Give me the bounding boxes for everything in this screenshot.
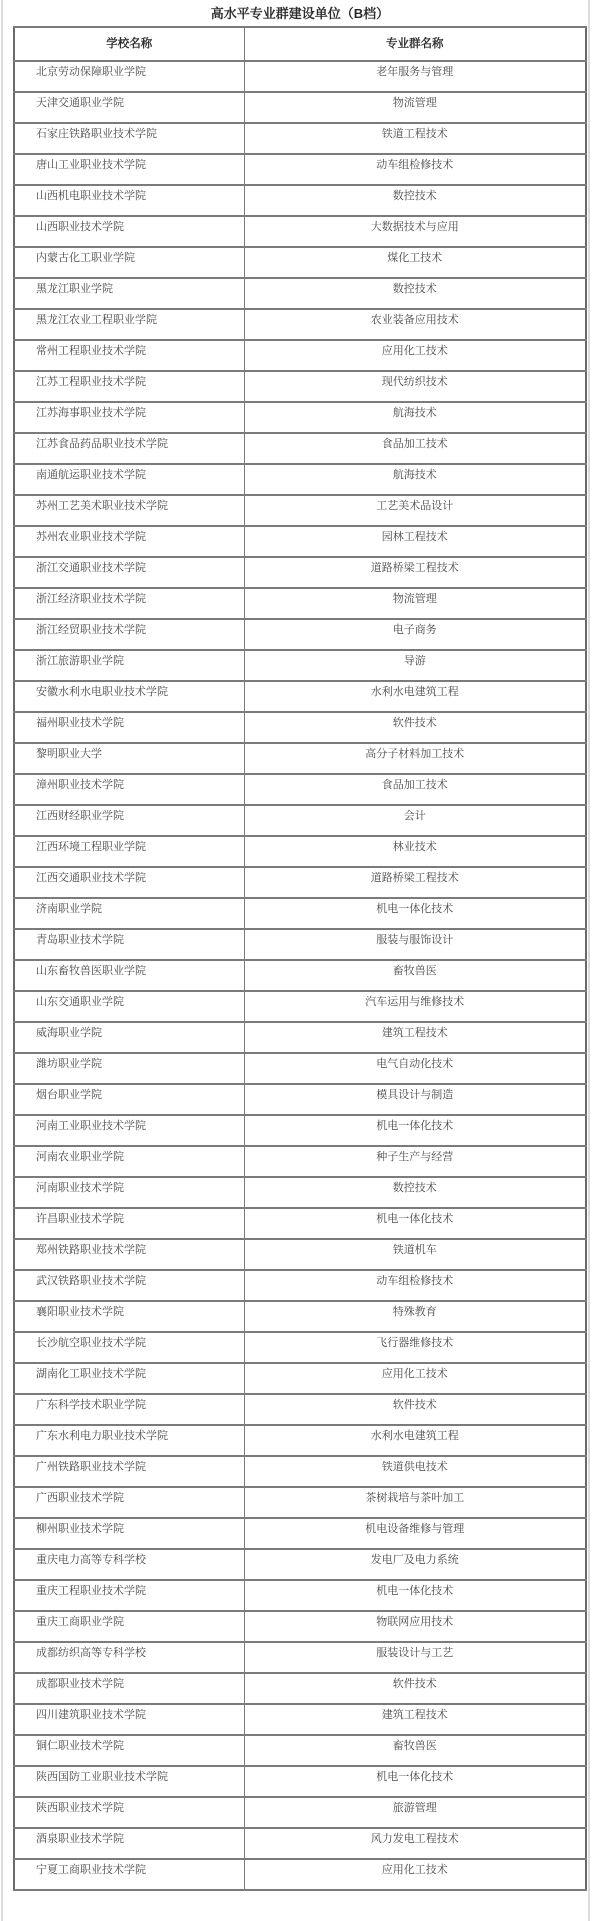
school-cell: 陕西职业技术学院	[14, 1797, 244, 1828]
group-cell: 数控技术	[244, 185, 586, 216]
table-row: 四川建筑职业技术学院 建筑工程技术	[14, 1704, 586, 1735]
group-cell: 物流管理	[244, 588, 586, 619]
table-row: 浙江旅游职业学院 导游	[14, 650, 586, 681]
group-cell: 会计	[244, 805, 586, 836]
school-cell: 重庆电力高等专科学校	[14, 1549, 244, 1580]
school-cell: 江苏食品药品职业技术学院	[14, 433, 244, 464]
group-cell: 软件技术	[244, 1673, 586, 1704]
school-cell: 浙江经济职业技术学院	[14, 588, 244, 619]
table-row: 广东水利电力职业技术学院 水利水电建筑工程	[14, 1425, 586, 1456]
group-cell: 服装与服饰设计	[244, 929, 586, 960]
school-cell: 常州工程职业技术学院	[14, 340, 244, 371]
group-cell: 水利水电建筑工程	[244, 1425, 586, 1456]
table-row: 成都纺织高等专科学校 服装设计与工艺	[14, 1642, 586, 1673]
group-cell: 电气自动化技术	[244, 1053, 586, 1084]
table-row: 江西财经职业学院 会计	[14, 805, 586, 836]
table-row: 重庆工程职业技术学院 机电一体化技术	[14, 1580, 586, 1611]
group-cell: 铁道工程技术	[244, 123, 586, 154]
table-row: 江苏海事职业技术学院 航海技术	[14, 402, 586, 433]
group-cell: 数控技术	[244, 1177, 586, 1208]
table-row: 成都职业技术学院 软件技术	[14, 1673, 586, 1704]
school-cell: 江苏工程职业技术学院	[14, 371, 244, 402]
table-row: 青岛职业技术学院 服装与服饰设计	[14, 929, 586, 960]
school-cell: 柳州职业技术学院	[14, 1518, 244, 1549]
table-row: 河南工业职业技术学院 机电一体化技术	[14, 1115, 586, 1146]
table-row: 浙江经济职业技术学院 物流管理	[14, 588, 586, 619]
school-cell: 浙江交通职业技术学院	[14, 557, 244, 588]
table-row: 广东科学技术职业学院 软件技术	[14, 1394, 586, 1425]
school-cell: 陕西国防工业职业技术学院	[14, 1766, 244, 1797]
page-title: 高水平专业群建设单位（B档）	[0, 0, 600, 23]
school-cell: 江西环境工程职业学院	[14, 836, 244, 867]
table-row: 陕西国防工业职业技术学院 机电一体化技术	[14, 1766, 586, 1797]
table-row: 江苏食品药品职业技术学院 食品加工技术	[14, 433, 586, 464]
table-row: 柳州职业技术学院 机电设备维修与管理	[14, 1518, 586, 1549]
table-row: 许昌职业技术学院 机电一体化技术	[14, 1208, 586, 1239]
group-cell: 老年服务与管理	[244, 61, 586, 92]
table-row: 威海职业学院 建筑工程技术	[14, 1022, 586, 1053]
table-row: 河南职业技术学院 数控技术	[14, 1177, 586, 1208]
group-cell: 物联网应用技术	[244, 1611, 586, 1642]
group-cell: 机电一体化技术	[244, 1208, 586, 1239]
table-row: 山东交通职业学院 汽车运用与维修技术	[14, 991, 586, 1022]
group-cell: 食品加工技术	[244, 774, 586, 805]
table-row: 唐山工业职业技术学院 动车组检修技术	[14, 154, 586, 185]
column-header-group: 专业群名称	[244, 27, 586, 61]
group-cell: 服装设计与工艺	[244, 1642, 586, 1673]
school-cell: 潍坊职业学院	[14, 1053, 244, 1084]
page-right-edge-line	[588, 0, 590, 1921]
school-cell: 山西职业技术学院	[14, 216, 244, 247]
table-row: 潍坊职业学院 电气自动化技术	[14, 1053, 586, 1084]
table-row: 北京劳动保障职业学院 老年服务与管理	[14, 61, 586, 92]
school-cell: 福州职业技术学院	[14, 712, 244, 743]
group-cell: 风力发电工程技术	[244, 1828, 586, 1859]
table-row: 黑龙江职业学院 数控技术	[14, 278, 586, 309]
table-row: 襄阳职业技术学院 特殊教育	[14, 1301, 586, 1332]
group-cell: 畜牧兽医	[244, 960, 586, 991]
school-cell: 广西职业技术学院	[14, 1487, 244, 1518]
group-cell: 水利水电建筑工程	[244, 681, 586, 712]
group-cell: 物流管理	[244, 92, 586, 123]
table-row: 苏州工艺美术职业技术学院 工艺美术品设计	[14, 495, 586, 526]
table-row: 宁夏工商职业技术学院 应用化工技术	[14, 1859, 586, 1890]
table-row: 河南农业职业学院 种子生产与经营	[14, 1146, 586, 1177]
school-cell: 石家庄铁路职业技术学院	[14, 123, 244, 154]
group-cell: 应用化工技术	[244, 1859, 586, 1890]
school-cell: 唐山工业职业技术学院	[14, 154, 244, 185]
table-row: 黑龙江农业工程职业学院 农业装备应用技术	[14, 309, 586, 340]
table-row: 江西交通职业技术学院 道路桥梁工程技术	[14, 867, 586, 898]
units-table: 学校名称 专业群名称 北京劳动保障职业学院 老年服务与管理 天津交通职业学院 物…	[13, 26, 587, 1891]
table-header: 学校名称 专业群名称	[14, 27, 586, 61]
school-cell: 重庆工程职业技术学院	[14, 1580, 244, 1611]
table-row: 南通航运职业技术学院 航海技术	[14, 464, 586, 495]
table-row: 烟台职业学院 模具设计与制造	[14, 1084, 586, 1115]
group-cell: 大数据技术与应用	[244, 216, 586, 247]
group-cell: 导游	[244, 650, 586, 681]
group-cell: 道路桥梁工程技术	[244, 557, 586, 588]
school-cell: 烟台职业学院	[14, 1084, 244, 1115]
table-body: 北京劳动保障职业学院 老年服务与管理 天津交通职业学院 物流管理 石家庄铁路职业…	[14, 61, 586, 1890]
group-cell: 模具设计与制造	[244, 1084, 586, 1115]
table-row: 湖南化工职业技术学院 应用化工技术	[14, 1363, 586, 1394]
group-cell: 机电一体化技术	[244, 1766, 586, 1797]
school-cell: 青岛职业技术学院	[14, 929, 244, 960]
school-cell: 山东交通职业学院	[14, 991, 244, 1022]
group-cell: 动车组检修技术	[244, 1270, 586, 1301]
table-row: 广州铁路职业技术学院 铁道供电技术	[14, 1456, 586, 1487]
table-row: 浙江交通职业技术学院 道路桥梁工程技术	[14, 557, 586, 588]
group-cell: 食品加工技术	[244, 433, 586, 464]
school-cell: 黑龙江农业工程职业学院	[14, 309, 244, 340]
table-row: 山东畜牧兽医职业学院 畜牧兽医	[14, 960, 586, 991]
school-cell: 酒泉职业技术学院	[14, 1828, 244, 1859]
school-cell: 郑州铁路职业技术学院	[14, 1239, 244, 1270]
school-cell: 广东科学技术职业学院	[14, 1394, 244, 1425]
group-cell: 应用化工技术	[244, 340, 586, 371]
table-row: 武汉铁路职业技术学院 动车组检修技术	[14, 1270, 586, 1301]
school-cell: 长沙航空职业技术学院	[14, 1332, 244, 1363]
table-row: 重庆工商职业学院 物联网应用技术	[14, 1611, 586, 1642]
group-cell: 汽车运用与维修技术	[244, 991, 586, 1022]
group-cell: 航海技术	[244, 402, 586, 433]
group-cell: 工艺美术品设计	[244, 495, 586, 526]
header-row: 学校名称 专业群名称	[14, 27, 586, 61]
group-cell: 旅游管理	[244, 1797, 586, 1828]
group-cell: 林业技术	[244, 836, 586, 867]
table-row: 郑州铁路职业技术学院 铁道机车	[14, 1239, 586, 1270]
table-row: 江苏工程职业技术学院 现代纺织技术	[14, 371, 586, 402]
group-cell: 现代纺织技术	[244, 371, 586, 402]
group-cell: 农业装备应用技术	[244, 309, 586, 340]
school-cell: 襄阳职业技术学院	[14, 1301, 244, 1332]
school-cell: 广东水利电力职业技术学院	[14, 1425, 244, 1456]
group-cell: 建筑工程技术	[244, 1704, 586, 1735]
school-cell: 南通航运职业技术学院	[14, 464, 244, 495]
school-cell: 广州铁路职业技术学院	[14, 1456, 244, 1487]
school-cell: 许昌职业技术学院	[14, 1208, 244, 1239]
table-row: 福州职业技术学院 软件技术	[14, 712, 586, 743]
school-cell: 河南工业职业技术学院	[14, 1115, 244, 1146]
school-cell: 黎明职业大学	[14, 743, 244, 774]
table-row: 石家庄铁路职业技术学院 铁道工程技术	[14, 123, 586, 154]
table-row: 长沙航空职业技术学院 飞行器维修技术	[14, 1332, 586, 1363]
table-row: 铜仁职业技术学院 畜牧兽医	[14, 1735, 586, 1766]
school-cell: 成都纺织高等专科学校	[14, 1642, 244, 1673]
school-cell: 苏州农业职业技术学院	[14, 526, 244, 557]
page-left-edge-line	[1, 0, 3, 1921]
table-row: 重庆电力高等专科学校 发电厂及电力系统	[14, 1549, 586, 1580]
school-cell: 安徽水利水电职业技术学院	[14, 681, 244, 712]
table-row: 山西职业技术学院 大数据技术与应用	[14, 216, 586, 247]
school-cell: 济南职业学院	[14, 898, 244, 929]
school-cell: 重庆工商职业学院	[14, 1611, 244, 1642]
school-cell: 天津交通职业学院	[14, 92, 244, 123]
table-row: 陕西职业技术学院 旅游管理	[14, 1797, 586, 1828]
school-cell: 浙江经贸职业技术学院	[14, 619, 244, 650]
group-cell: 软件技术	[244, 1394, 586, 1425]
table-row: 常州工程职业技术学院 应用化工技术	[14, 340, 586, 371]
group-cell: 茶树栽培与茶叶加工	[244, 1487, 586, 1518]
table-row: 内蒙古化工职业学院 煤化工技术	[14, 247, 586, 278]
school-cell: 成都职业技术学院	[14, 1673, 244, 1704]
group-cell: 高分子材料加工技术	[244, 743, 586, 774]
table-row: 漳州职业技术学院 食品加工技术	[14, 774, 586, 805]
school-cell: 铜仁职业技术学院	[14, 1735, 244, 1766]
school-cell: 江西财经职业学院	[14, 805, 244, 836]
school-cell: 山西机电职业技术学院	[14, 185, 244, 216]
school-cell: 河南职业技术学院	[14, 1177, 244, 1208]
school-cell: 北京劳动保障职业学院	[14, 61, 244, 92]
group-cell: 飞行器维修技术	[244, 1332, 586, 1363]
school-cell: 山东畜牧兽医职业学院	[14, 960, 244, 991]
table-row: 苏州农业职业技术学院 园林工程技术	[14, 526, 586, 557]
school-cell: 宁夏工商职业技术学院	[14, 1859, 244, 1890]
group-cell: 煤化工技术	[244, 247, 586, 278]
group-cell: 机电一体化技术	[244, 1115, 586, 1146]
group-cell: 特殊教育	[244, 1301, 586, 1332]
table-row: 广西职业技术学院 茶树栽培与茶叶加工	[14, 1487, 586, 1518]
group-cell: 机电一体化技术	[244, 1580, 586, 1611]
group-cell: 机电一体化技术	[244, 898, 586, 929]
school-cell: 四川建筑职业技术学院	[14, 1704, 244, 1735]
table-row: 山西机电职业技术学院 数控技术	[14, 185, 586, 216]
table-row: 酒泉职业技术学院 风力发电工程技术	[14, 1828, 586, 1859]
school-cell: 浙江旅游职业学院	[14, 650, 244, 681]
table-row: 江西环境工程职业学院 林业技术	[14, 836, 586, 867]
group-cell: 铁道供电技术	[244, 1456, 586, 1487]
group-cell: 铁道机车	[244, 1239, 586, 1270]
school-cell: 威海职业学院	[14, 1022, 244, 1053]
group-cell: 软件技术	[244, 712, 586, 743]
school-cell: 黑龙江职业学院	[14, 278, 244, 309]
group-cell: 应用化工技术	[244, 1363, 586, 1394]
school-cell: 湖南化工职业技术学院	[14, 1363, 244, 1394]
group-cell: 建筑工程技术	[244, 1022, 586, 1053]
group-cell: 发电厂及电力系统	[244, 1549, 586, 1580]
group-cell: 园林工程技术	[244, 526, 586, 557]
table-row: 安徽水利水电职业技术学院 水利水电建筑工程	[14, 681, 586, 712]
group-cell: 动车组检修技术	[244, 154, 586, 185]
group-cell: 种子生产与经营	[244, 1146, 586, 1177]
table-row: 天津交通职业学院 物流管理	[14, 92, 586, 123]
group-cell: 数控技术	[244, 278, 586, 309]
group-cell: 电子商务	[244, 619, 586, 650]
school-cell: 江西交通职业技术学院	[14, 867, 244, 898]
school-cell: 漳州职业技术学院	[14, 774, 244, 805]
table-row: 浙江经贸职业技术学院 电子商务	[14, 619, 586, 650]
table-row: 黎明职业大学 高分子材料加工技术	[14, 743, 586, 774]
school-cell: 内蒙古化工职业学院	[14, 247, 244, 278]
column-header-school: 学校名称	[14, 27, 244, 61]
group-cell: 机电设备维修与管理	[244, 1518, 586, 1549]
school-cell: 河南农业职业学院	[14, 1146, 244, 1177]
group-cell: 畜牧兽医	[244, 1735, 586, 1766]
school-cell: 武汉铁路职业技术学院	[14, 1270, 244, 1301]
table-row: 济南职业学院 机电一体化技术	[14, 898, 586, 929]
school-cell: 苏州工艺美术职业技术学院	[14, 495, 244, 526]
school-cell: 江苏海事职业技术学院	[14, 402, 244, 433]
group-cell: 航海技术	[244, 464, 586, 495]
group-cell: 道路桥梁工程技术	[244, 867, 586, 898]
